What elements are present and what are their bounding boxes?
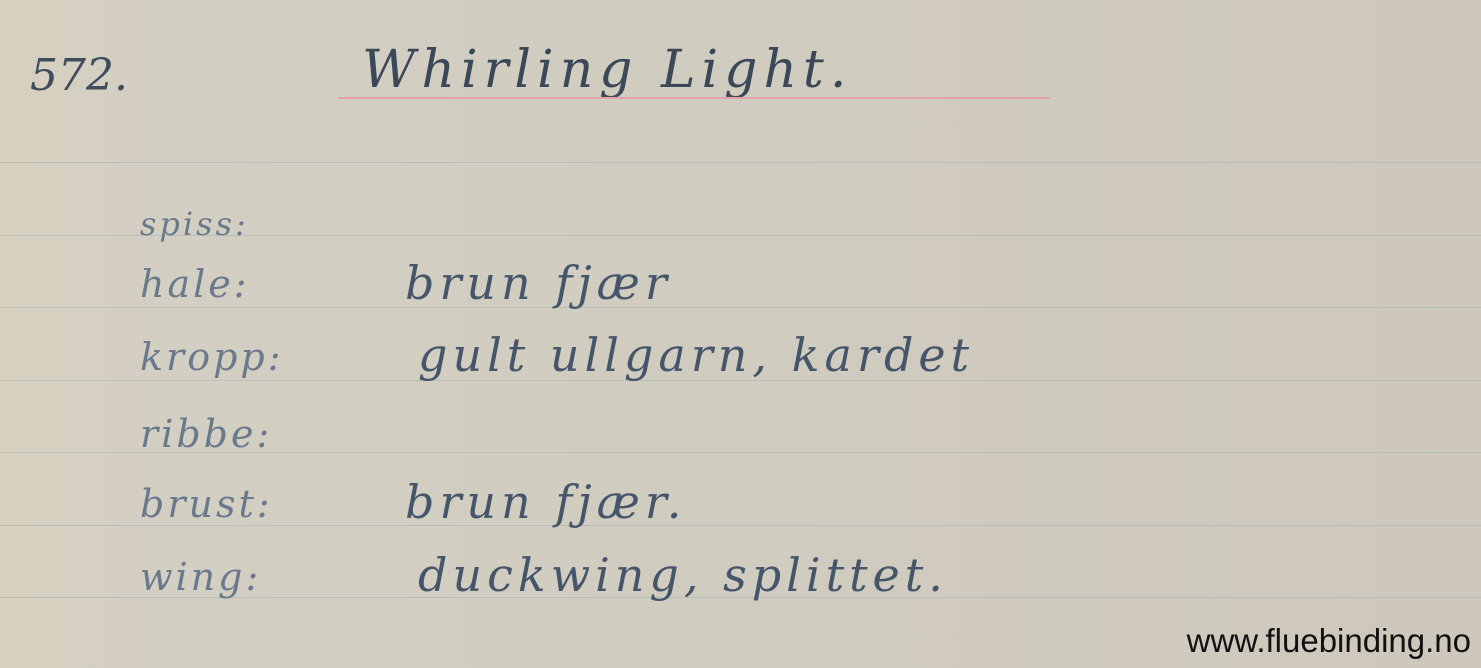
title-underline <box>338 97 1050 99</box>
page-title: Whirling Light. <box>362 40 852 100</box>
row-value-wing: duckwing, splittet. <box>418 548 948 602</box>
row-label-spiss: spiss: <box>140 205 249 243</box>
watermark-link[interactable]: www.fluebinding.no <box>1187 622 1471 660</box>
row-value-brust: brun fjær. <box>405 475 686 529</box>
ruled-line <box>0 307 1481 308</box>
row-label-brust: brust: <box>140 482 273 526</box>
row-value-hale: brun fjær <box>405 256 672 310</box>
row-label-kropp: kropp: <box>140 335 284 379</box>
row-value-kropp: gult ullgarn, kardet <box>418 328 974 382</box>
notebook-page: 572. Whirling Light. spiss: hale: brun f… <box>0 0 1481 668</box>
ruled-line <box>0 162 1481 163</box>
row-label-ribbe: ribbe: <box>140 412 272 456</box>
row-label-wing: wing: <box>140 555 261 599</box>
entry-number: 572. <box>30 50 128 101</box>
row-label-hale: hale: <box>140 262 250 306</box>
